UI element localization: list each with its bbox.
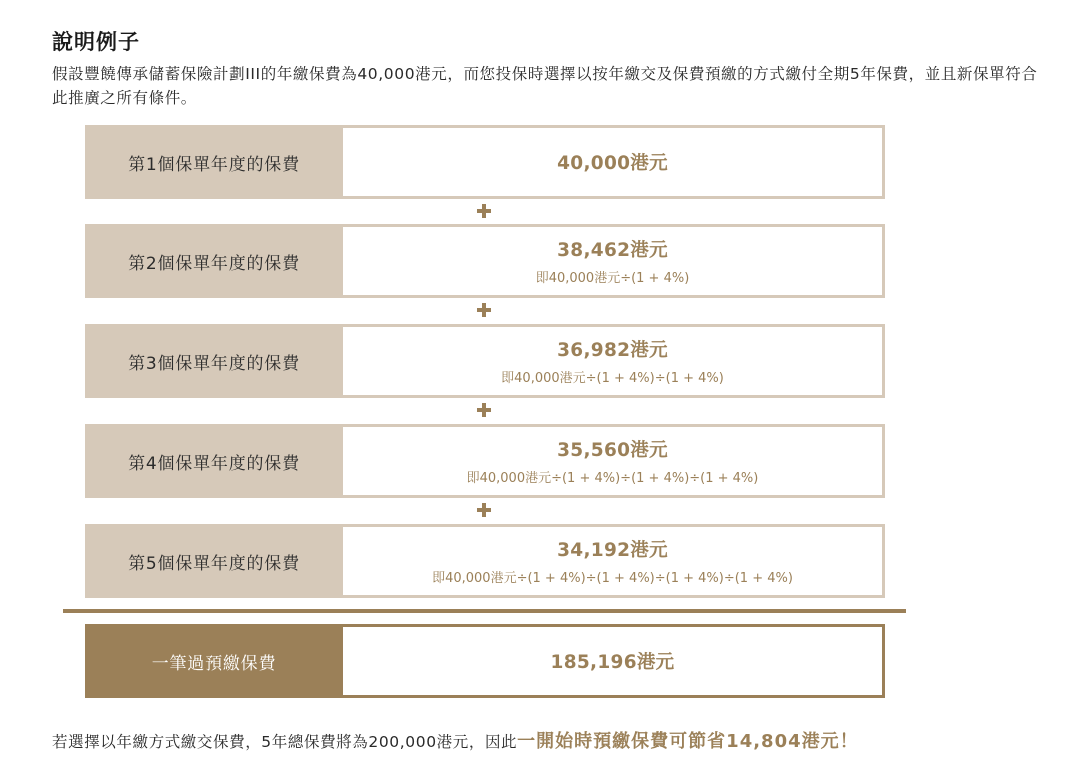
plus-icon xyxy=(476,502,492,518)
plus-icon xyxy=(476,402,492,418)
footer-text: 若選擇以年繳方式繳交保費，5年總保費將為200,000港元，因此 xyxy=(52,733,517,751)
total-label: 一筆過預繳保費 xyxy=(85,624,343,698)
footer-note: 若選擇以年繳方式繳交保費，5年總保費將為200,000港元，因此一開始時預繳保費… xyxy=(52,727,859,753)
row-label: 第2個保單年度的保費 xyxy=(85,224,343,298)
row-label: 第1個保單年度的保費 xyxy=(85,125,343,199)
row-value: 38,462港元 即40,000港元÷(1 + 4%) xyxy=(343,224,885,298)
page-title: 說明例子 xyxy=(52,26,140,56)
premium-formula: 即40,000港元÷(1 + 4%)÷(1 + 4%)÷(1 + 4%)÷(1 … xyxy=(432,567,793,586)
row-value: 34,192港元 即40,000港元÷(1 + 4%)÷(1 + 4%)÷(1 … xyxy=(343,524,885,598)
premium-formula: 即40,000港元÷(1 + 4%)÷(1 + 4%)÷(1 + 4%) xyxy=(467,467,759,486)
premium-row-year-3: 第3個保單年度的保費 36,982港元 即40,000港元÷(1 + 4%)÷(… xyxy=(85,324,885,398)
row-value: 40,000港元 xyxy=(343,125,885,199)
savings-highlight: 一開始時預繳保費可節省14,804港元！ xyxy=(517,731,858,752)
row-value: 35,560港元 即40,000港元÷(1 + 4%)÷(1 + 4%)÷(1 … xyxy=(343,424,885,498)
premium-amount: 35,560港元 xyxy=(557,436,668,462)
intro-paragraph: 假設豐饒傳承儲蓄保險計劃III的年繳保費為40,000港元，而您投保時選擇以按年… xyxy=(52,62,1052,110)
row-label: 第4個保單年度的保費 xyxy=(85,424,343,498)
row-value: 36,982港元 即40,000港元÷(1 + 4%)÷(1 + 4%) xyxy=(343,324,885,398)
premium-amount: 36,982港元 xyxy=(557,336,668,362)
premium-amount: 40,000港元 xyxy=(557,149,668,175)
row-label: 第3個保單年度的保費 xyxy=(85,324,343,398)
premium-row-year-1: 第1個保單年度的保費 40,000港元 xyxy=(85,125,885,199)
premium-formula: 即40,000港元÷(1 + 4%)÷(1 + 4%) xyxy=(501,367,724,386)
row-label: 第5個保單年度的保費 xyxy=(85,524,343,598)
plus-icon xyxy=(476,302,492,318)
total-value: 185,196港元 xyxy=(343,624,885,698)
total-row: 一筆過預繳保費 185,196港元 xyxy=(85,624,885,698)
premium-row-year-5: 第5個保單年度的保費 34,192港元 即40,000港元÷(1 + 4%)÷(… xyxy=(85,524,885,598)
premium-amount: 34,192港元 xyxy=(557,536,668,562)
premium-row-year-2: 第2個保單年度的保費 38,462港元 即40,000港元÷(1 + 4%) xyxy=(85,224,885,298)
total-amount: 185,196港元 xyxy=(551,648,675,674)
premium-row-year-4: 第4個保單年度的保費 35,560港元 即40,000港元÷(1 + 4%)÷(… xyxy=(85,424,885,498)
sum-divider xyxy=(63,609,906,613)
premium-amount: 38,462港元 xyxy=(557,236,668,262)
plus-icon xyxy=(476,203,492,219)
premium-formula: 即40,000港元÷(1 + 4%) xyxy=(536,267,690,286)
